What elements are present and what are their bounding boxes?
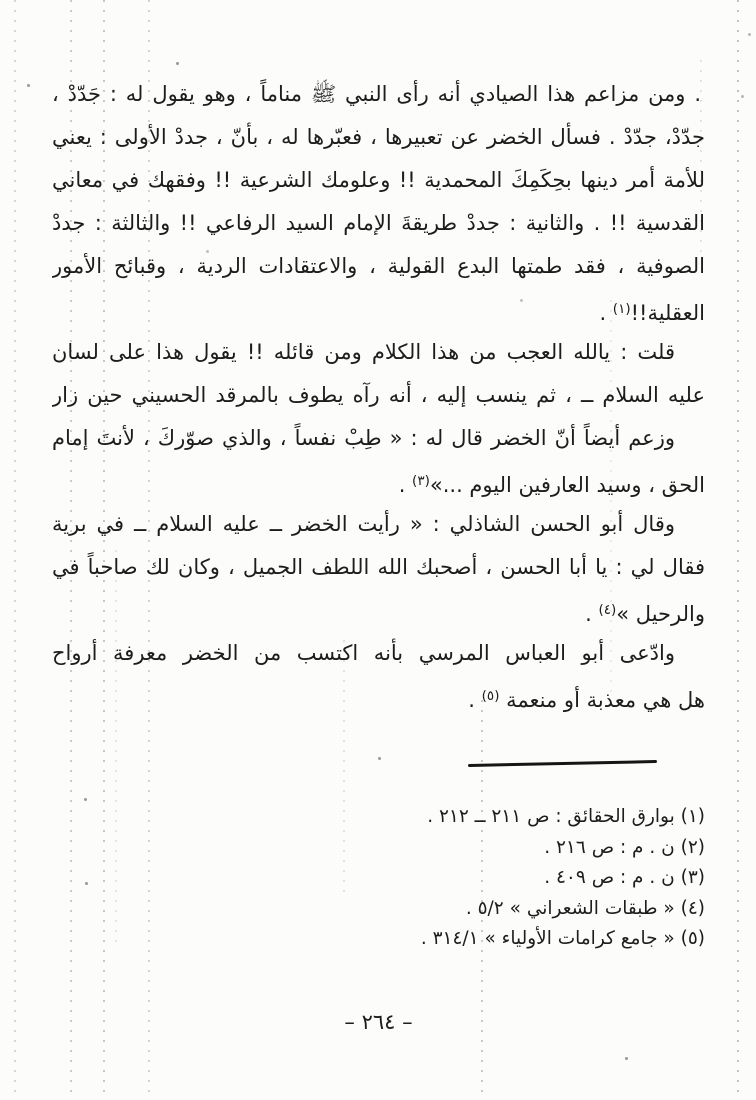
footnote-ref: (١) bbox=[613, 301, 631, 317]
line-text: وقال أبو الحسن الشاذلي : « رأيت الخضر ــ… bbox=[52, 512, 705, 546]
footnote-item: (٥) « جامع كرامات الأولياء » ٣١٤/١ . bbox=[52, 924, 705, 955]
line-text: عليه السلام ــ ، ثم ينسب إليه ، أنه رآه … bbox=[52, 383, 705, 417]
text-line: جدّدْ، جدّدْ . فسأل الخضر عن تعبيرها ، ف… bbox=[52, 116, 705, 159]
line-text: الحق ، وسيد العارفين اليوم ...» bbox=[430, 473, 705, 497]
scan-speck bbox=[378, 757, 381, 760]
paragraph-1: . ومن مزاعم هذا الصيادي أنه رأى النبي ﷺ … bbox=[52, 73, 705, 331]
text-line: وادّعى أبو العباس المرسي بأنه اكتسب من ا… bbox=[52, 632, 705, 675]
text-line: الحق ، وسيد العارفين اليوم ...»(٣) . bbox=[52, 460, 705, 503]
text-line: والرحيل »(٤) . bbox=[52, 589, 705, 632]
line-text: فقال لي : يا أبا الحسن ، أصحبك الله اللط… bbox=[52, 555, 705, 589]
paragraph-5: وادّعى أبو العباس المرسي بأنه اكتسب من ا… bbox=[52, 632, 705, 718]
line-text: العقلية!! bbox=[631, 301, 705, 325]
paragraph-3: وزعم أيضاً أنّ الخضر قال له : « طِبْ نفس… bbox=[52, 417, 705, 503]
line-text: جدّدْ، جدّدْ . فسأل الخضر عن تعبيرها ، ف… bbox=[52, 125, 705, 159]
line-text: القدسية !! . والثانية : جددْ طريقةَ الإم… bbox=[52, 211, 705, 245]
line-text: . bbox=[585, 602, 598, 626]
footnote-ref: (٥) bbox=[482, 688, 500, 704]
scan-speck bbox=[84, 798, 87, 801]
line-text: والرحيل » bbox=[616, 602, 705, 626]
scan-speck bbox=[741, 95, 744, 98]
text-line: القدسية !! . والثانية : جددْ طريقةَ الإم… bbox=[52, 202, 705, 245]
text-line: فقال لي : يا أبا الحسن ، أصحبك الله اللط… bbox=[52, 546, 705, 589]
footnote-ref: (٤) bbox=[598, 602, 616, 618]
scan-artifact-line bbox=[737, 0, 739, 1100]
paragraph-2: قلت : يالله العجب من هذا الكلام ومن قائل… bbox=[52, 331, 705, 417]
footnote-item: (٢) ن . م : ص ٢١٦ . bbox=[52, 833, 705, 864]
footnote-item: (١) بوارق الحقائق : ص ٢١١ ــ ٢١٢ . bbox=[52, 802, 705, 833]
line-text: قلت : يالله العجب من هذا الكلام ومن قائل… bbox=[52, 340, 705, 374]
scan-artifact-line bbox=[14, 0, 16, 1100]
footnote-item: (٤) « طبقات الشعراني » ٥/٢ . bbox=[52, 894, 705, 925]
text-line: . ومن مزاعم هذا الصيادي أنه رأى النبي ﷺ … bbox=[52, 73, 705, 116]
text-line: هل هي معذبة أو منعمة (٥) . bbox=[52, 675, 705, 718]
text-line: وزعم أيضاً أنّ الخضر قال له : « طِبْ نفس… bbox=[52, 417, 705, 460]
text-line: عليه السلام ــ ، ثم ينسب إليه ، أنه رآه … bbox=[52, 374, 705, 417]
text-line: وقال أبو الحسن الشاذلي : « رأيت الخضر ــ… bbox=[52, 503, 705, 546]
line-text: . bbox=[468, 688, 481, 712]
text-line: الصوفية ، فقد طمتها البدع القولية ، والا… bbox=[52, 245, 705, 288]
scan-speck bbox=[748, 33, 751, 36]
line-text: وزعم أيضاً أنّ الخضر قال له : « طِبْ نفس… bbox=[52, 426, 705, 460]
text-line: العقلية!!(١) . bbox=[52, 288, 705, 331]
line-text: هل هي معذبة أو منعمة bbox=[499, 688, 705, 712]
text-line: للأمة أمر دينها بحِكَمِكَ المحمدية !! وع… bbox=[52, 159, 705, 202]
line-text: وادّعى أبو العباس المرسي بأنه اكتسب من ا… bbox=[52, 641, 705, 675]
paragraph-4: وقال أبو الحسن الشاذلي : « رأيت الخضر ــ… bbox=[52, 503, 705, 632]
footnote-ref: (٣) bbox=[412, 473, 430, 489]
line-text: . bbox=[599, 301, 612, 325]
footnote-item: (٣) ن . م : ص ٤٠٩ . bbox=[52, 863, 705, 894]
page-body-text: . ومن مزاعم هذا الصيادي أنه رأى النبي ﷺ … bbox=[52, 73, 705, 718]
line-text: للأمة أمر دينها بحِكَمِكَ المحمدية !! وع… bbox=[52, 168, 705, 202]
scan-speck bbox=[27, 84, 30, 87]
scan-speck bbox=[625, 1057, 628, 1060]
line-text: الصوفية ، فقد طمتها البدع القولية ، والا… bbox=[52, 254, 705, 278]
footnote-separator bbox=[468, 760, 657, 767]
book-page: . ومن مزاعم هذا الصيادي أنه رأى النبي ﷺ … bbox=[0, 0, 756, 1100]
scan-speck bbox=[176, 62, 179, 65]
line-text: . bbox=[399, 473, 412, 497]
text-line: قلت : يالله العجب من هذا الكلام ومن قائل… bbox=[52, 331, 705, 374]
page-number: – ٢٦٤ – bbox=[52, 1002, 705, 1042]
footnotes: (١) بوارق الحقائق : ص ٢١١ ــ ٢١٢ . (٢) ن… bbox=[52, 802, 705, 955]
line-text: . ومن مزاعم هذا الصيادي أنه رأى النبي ﷺ … bbox=[52, 82, 701, 106]
